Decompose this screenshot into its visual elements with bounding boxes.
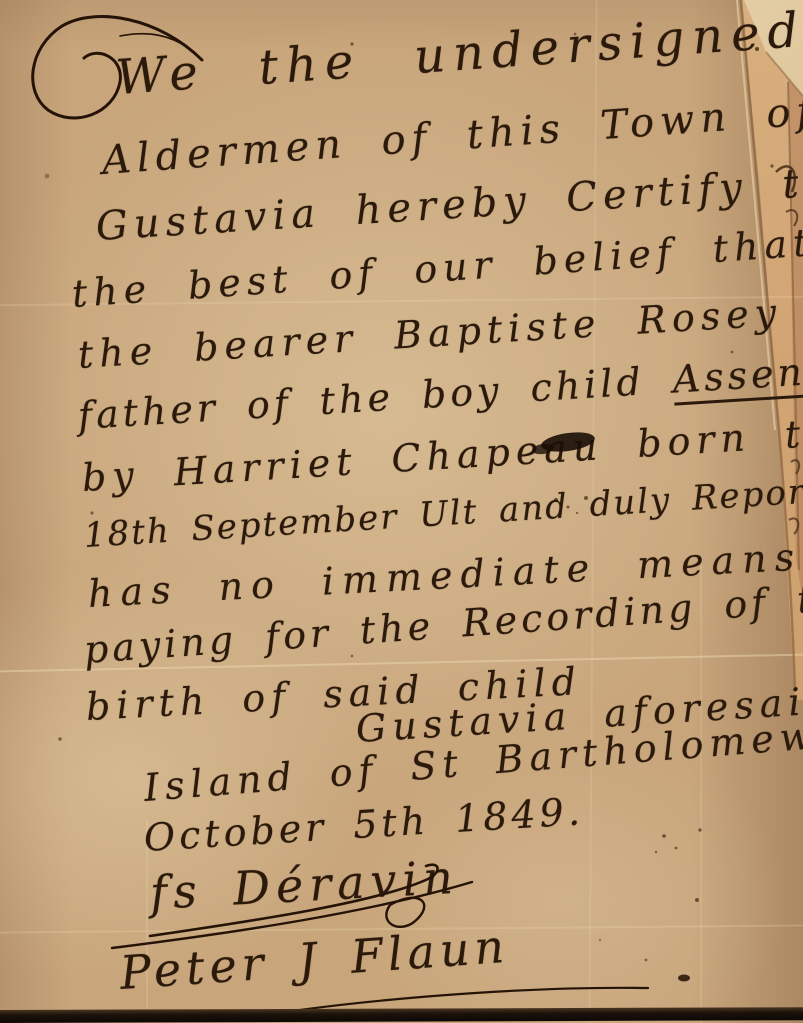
ink-specks (554, 496, 588, 514)
manuscript-photo: We the undersigned Aldermen of this Town… (0, 0, 803, 1023)
ink-flourishes (0, 0, 803, 1023)
paper-specks (45, 33, 774, 982)
opening-flourish (33, 17, 202, 118)
ink-blot (531, 429, 596, 455)
